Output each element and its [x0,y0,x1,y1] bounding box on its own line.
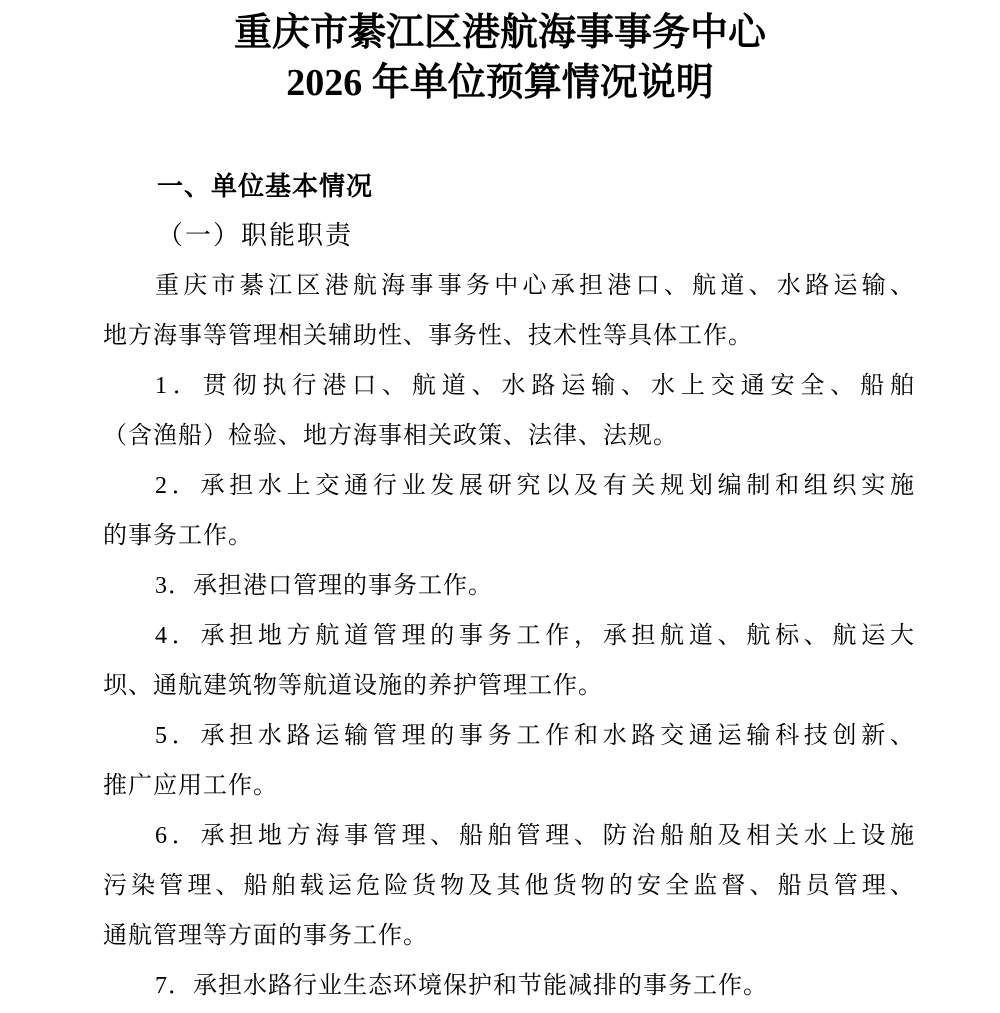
subsection-heading: （一）职能职责 [103,211,915,261]
paragraph-line: 重庆市綦江区港航海事事务中心承担港口、航道、水路运输、 [103,261,915,311]
document-title-line1: 重庆市綦江区港航海事事务中心 [20,8,980,58]
paragraph-intro: 重庆市綦江区港航海事事务中心承担港口、航道、水路运输、地方海事等管理相关辅助性、… [103,261,915,361]
paragraph-line: 推广应用工作。 [103,761,915,811]
paragraph-duty-1: 1．贯彻执行港口、航道、水路运输、水上交通安全、船舶（含渔船）检验、地方海事相关… [103,361,915,461]
paragraph-line: 坝、通航建筑物等航道设施的养护管理工作。 [103,661,915,711]
paragraph-duty-6: 6．承担地方海事管理、船舶管理、防治船舶及相关水上设施污染管理、船舶载运危险货物… [103,811,915,961]
paragraph-duty-5: 5．承担水路运输管理的事务工作和水路交通运输科技创新、推广应用工作。 [103,711,915,811]
paragraph-line: 7．承担水路行业生态环境保护和节能减排的事务工作。 [103,961,915,1011]
paragraph-line: 污染管理、船舶载运危险货物及其他货物的安全监督、船员管理、 [103,861,915,911]
document-title-line2: 2026 年单位预算情况说明 [20,58,980,108]
document-title: 重庆市綦江区港航海事事务中心 2026 年单位预算情况说明 [20,8,980,108]
paragraph-line: 3．承担港口管理的事务工作。 [103,561,915,611]
paragraph-line: 的事务工作。 [103,511,915,561]
paragraph-line: 4．承担地方航道管理的事务工作，承担航道、航标、航运大 [103,611,915,661]
paragraph-duty-2: 2．承担水上交通行业发展研究以及有关规划编制和组织实施的事务工作。 [103,461,915,561]
document-body: 重庆市綦江区港航海事事务中心承担港口、航道、水路运输、地方海事等管理相关辅助性、… [103,261,915,1011]
paragraph-duty-7: 7．承担水路行业生态环境保护和节能减排的事务工作。 [103,961,915,1011]
section-heading: 一、单位基本情况 [103,161,915,211]
paragraph-line: 地方海事等管理相关辅助性、事务性、技术性等具体工作。 [103,311,915,361]
paragraph-line: 5．承担水路运输管理的事务工作和水路交通运输科技创新、 [103,711,915,761]
paragraph-line: 6．承担地方海事管理、船舶管理、防治船舶及相关水上设施 [103,811,915,861]
document-page: 重庆市綦江区港航海事事务中心 2026 年单位预算情况说明 一、单位基本情况 （… [0,0,1000,1013]
paragraph-line: 1．贯彻执行港口、航道、水路运输、水上交通安全、船舶 [103,361,915,411]
paragraph-duty-4: 4．承担地方航道管理的事务工作，承担航道、航标、航运大坝、通航建筑物等航道设施的… [103,611,915,711]
paragraph-duty-3: 3．承担港口管理的事务工作。 [103,561,915,611]
paragraph-line: （含渔船）检验、地方海事相关政策、法律、法规。 [103,411,915,461]
paragraph-line: 2．承担水上交通行业发展研究以及有关规划编制和组织实施 [103,461,915,511]
paragraph-line: 通航管理等方面的事务工作。 [103,911,915,961]
